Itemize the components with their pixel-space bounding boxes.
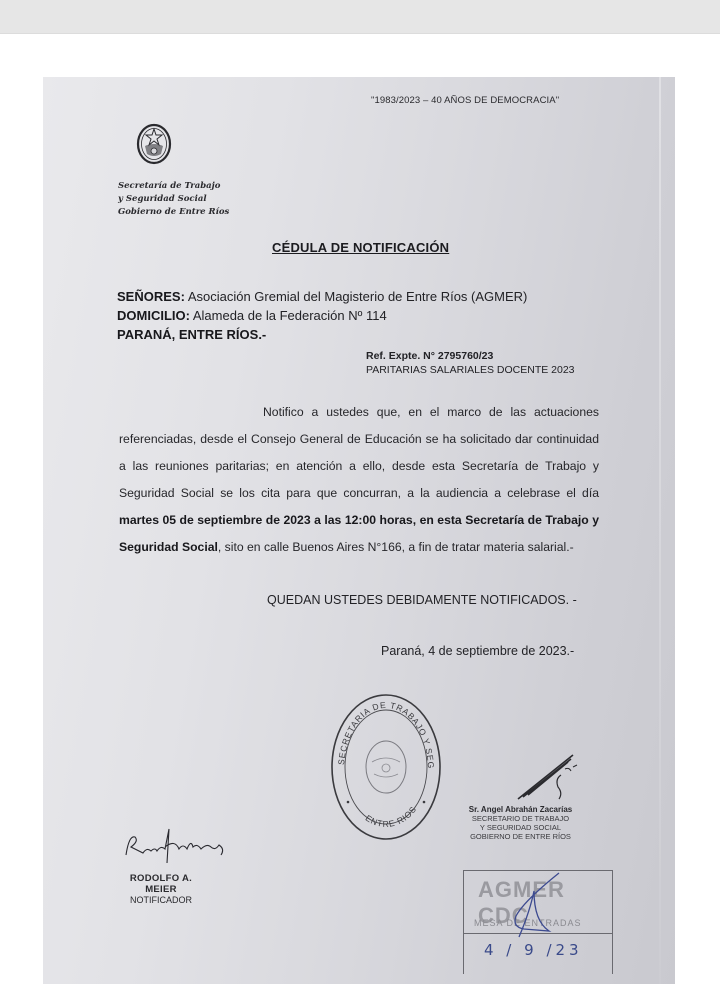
institution-line: y Seguridad Social xyxy=(118,193,229,206)
seal-top-text: SECRETARIA DE TRABAJO Y SEGURIDAD SOCIAL xyxy=(330,692,436,769)
svg-text:SECRETARIA DE TRABAJO Y SEGURI: SECRETARIA DE TRABAJO Y SEGURIDAD SOCIAL xyxy=(330,692,436,769)
secretary-title-line: SECRETARIO DE TRABAJO xyxy=(468,814,573,823)
institution-letterhead: Secretaría de Trabajo y Seguridad Social… xyxy=(118,180,229,219)
secretary-signature-block: Sr. Angel Abrahán Zacarías SECRETARIO DE… xyxy=(468,805,573,841)
receipt-initials-scribble xyxy=(464,871,614,975)
secretary-title-line: GOBIERNO DE ENTRE RÍOS xyxy=(468,832,573,841)
official-seal-icon: SECRETARIA DE TRABAJO Y SEGURIDAD SOCIAL… xyxy=(330,692,442,842)
motto: "1983/2023 – 40 AÑOS DE DEMOCRACIA" xyxy=(371,95,559,106)
secretary-title-line: Y SEGURIDAD SOCIAL xyxy=(468,823,573,832)
notification-body: Notifico a ustedes que, en el marco de l… xyxy=(119,399,599,561)
secretary-name: Sr. Angel Abrahán Zacarías xyxy=(468,805,573,814)
reference-block: Ref. Expte. N° 2795760/23 PARITARIAS SAL… xyxy=(366,349,575,377)
receipt-stamp: AGMER CDC MESA DE ENTRADAS 4 / 9 /23 xyxy=(463,870,613,974)
body-part-2: , sito en calle Buenos Aires N°166, a fi… xyxy=(218,540,574,554)
recipient-line: SEÑORES: Asociación Gremial del Magister… xyxy=(117,287,527,306)
document-page: "1983/2023 – 40 AÑOS DE DEMOCRACIA" Secr… xyxy=(43,77,675,984)
notifier-signature xyxy=(121,825,246,865)
notifier-name: RODOLFO A. MEIER xyxy=(116,873,206,895)
institution-line: Secretaría de Trabajo xyxy=(118,180,229,193)
paper-fold xyxy=(659,77,661,984)
domicilio-line: DOMICILIO: Alameda de la Federación Nº 1… xyxy=(117,306,527,325)
place-and-date: Paraná, 4 de septiembre de 2023.- xyxy=(381,644,574,658)
secretary-signature xyxy=(513,747,588,802)
file-reference-subject: PARITARIAS SALARIALES DOCENTE 2023 xyxy=(366,363,575,377)
svg-text:ENTRE RIOS: ENTRE RIOS xyxy=(364,804,419,829)
senores-label: SEÑORES: xyxy=(117,289,185,304)
seal-bottom-text: ENTRE RIOS xyxy=(364,804,419,829)
body-part-1: Notifico a ustedes que, en el marco de l… xyxy=(119,405,599,500)
viewer-top-bar xyxy=(0,0,720,34)
notifier-signature-block: RODOLFO A. MEIER NOTIFICADOR xyxy=(116,873,206,906)
city-line: PARANÁ, ENTRE RÍOS.- xyxy=(117,325,527,344)
notifier-role: NOTIFICADOR xyxy=(116,895,206,906)
recipient-block: SEÑORES: Asociación Gremial del Magister… xyxy=(117,287,527,344)
city: PARANÁ, ENTRE RÍOS.- xyxy=(117,327,266,342)
institution-line: Gobierno de Entre Ríos xyxy=(118,206,229,219)
document-title: CÉDULA DE NOTIFICACIÓN xyxy=(272,240,449,255)
provincial-coat-of-arms-icon xyxy=(136,122,172,166)
domicilio-label: DOMICILIO: xyxy=(117,308,190,323)
domicilio-value: Alameda de la Federación Nº 114 xyxy=(193,308,387,323)
closing-statement: QUEDAN USTEDES DEBIDAMENTE NOTIFICADOS. … xyxy=(267,593,577,607)
senores-value: Asociación Gremial del Magisterio de Ent… xyxy=(188,289,528,304)
file-reference-number: Ref. Expte. N° 2795760/23 xyxy=(366,349,575,363)
